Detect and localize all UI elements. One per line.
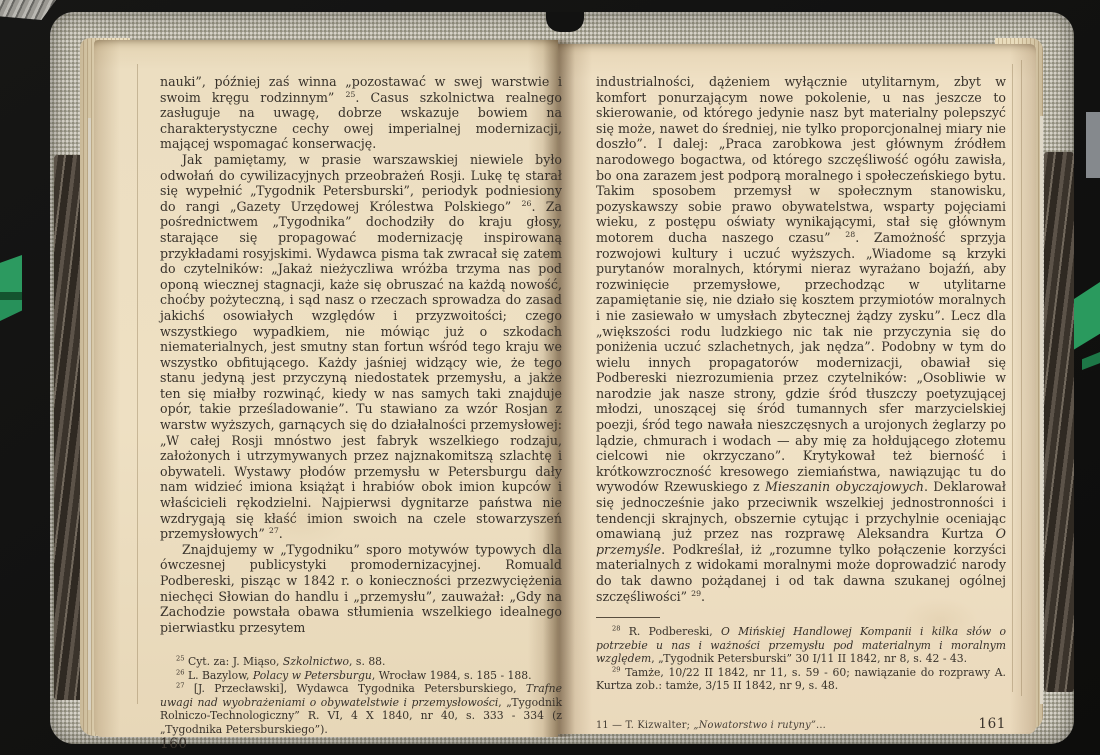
printer-signature: 11 — T. Kizwalter; „Nowatorstwo i rutyny… bbox=[596, 720, 826, 731]
footnote-rule-right bbox=[596, 617, 660, 618]
cover-edge-highlight-right bbox=[1040, 116, 1043, 704]
background-green-fragment-right bbox=[1070, 282, 1100, 352]
page-crease-left bbox=[137, 64, 138, 704]
background-green-fragment-left bbox=[0, 255, 22, 321]
cover-edge-highlight-left bbox=[88, 118, 91, 710]
page-crease-right-1 bbox=[1012, 64, 1013, 692]
right-page-text-column: industrialności, dążeniem wyłącznie utyl… bbox=[596, 74, 1006, 732]
left-page-number: 160 bbox=[160, 736, 562, 752]
spine-notch bbox=[546, 12, 584, 32]
right-page-body-text: industrialności, dążeniem wyłącznie utyl… bbox=[596, 74, 1006, 604]
book-photograph: nauki”, później zaś winna „pozostawać w … bbox=[0, 0, 1100, 755]
cover-edge-marble-right bbox=[1044, 152, 1074, 692]
page-crease-right-2 bbox=[1021, 60, 1022, 696]
left-page-footnotes: 25 Cyt. za: J. Miąso, Szkolnictwo, s. 88… bbox=[160, 655, 562, 736]
left-page-body-text: nauki”, później zaś winna „pozostawać w … bbox=[160, 74, 562, 635]
background-marble-fragment bbox=[0, 0, 56, 20]
left-page-text-column: nauki”, później zaś winna „pozostawać w … bbox=[160, 74, 562, 724]
right-page-footnotes: 28 R. Podbereski, O Mińskiej Handlowej K… bbox=[596, 625, 1006, 693]
background-green-fragment-right-small bbox=[1082, 352, 1100, 370]
right-page-footer: 11 — T. Kizwalter; „Nowatorstwo i rutyny… bbox=[596, 716, 1006, 732]
background-letter-fragment bbox=[1086, 112, 1100, 178]
right-page-number: 161 bbox=[978, 716, 1006, 732]
